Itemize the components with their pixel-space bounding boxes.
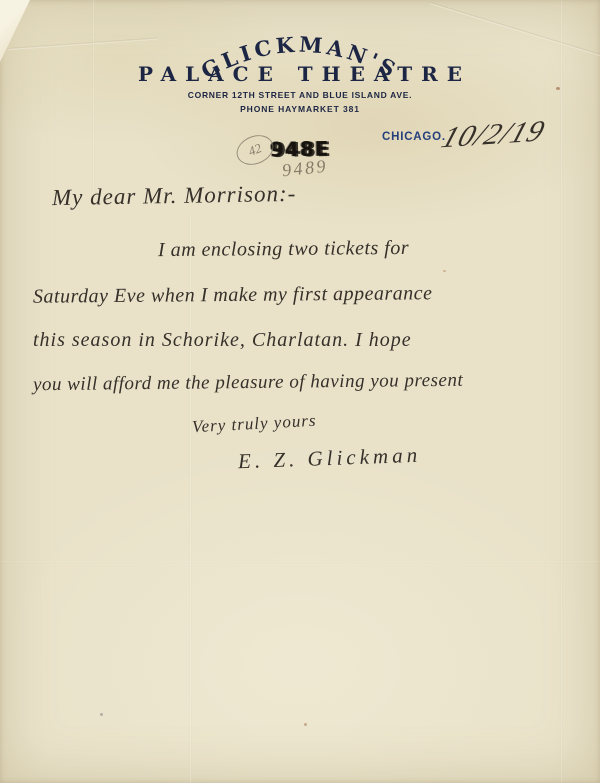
crease (430, 2, 600, 62)
torn-corner (0, 0, 30, 62)
address-line: CORNER 12TH STREET AND BLUE ISLAND AVE. (0, 90, 600, 100)
foxing-speck (443, 270, 446, 272)
body-line: I am enclosing two tickets for (158, 237, 409, 262)
salutation: My dear Mr. Morrison:- (52, 181, 297, 211)
body-line: you will afford me the pleasure of havin… (33, 370, 463, 397)
pencil-number: 9489 (281, 156, 329, 182)
pencil-circled-number: 42 (232, 130, 278, 170)
handwritten-date: 10/2/19 (437, 115, 550, 156)
scanned-letter: GLICKMAN'S PALACE THEATRE CORNER 12TH ST… (0, 0, 600, 783)
crease (0, 560, 600, 563)
body-line: Saturday Eve when I make my first appear… (33, 282, 433, 308)
body-line: this season in Schorike, Charlatan. I ho… (33, 329, 412, 352)
city-label: CHICAGO. (382, 131, 446, 143)
venue-name: PALACE THEATRE (0, 62, 600, 86)
foxing-speck (304, 723, 307, 726)
closing: Very truly yours (192, 411, 317, 437)
phone-line: PHONE HAYMARKET 381 (0, 104, 600, 114)
foxing-speck (100, 713, 103, 716)
crease (560, 0, 563, 783)
crease (8, 38, 158, 50)
pencil-circled-text: 42 (246, 140, 264, 160)
signature: E. Z. Glickman (238, 443, 422, 474)
